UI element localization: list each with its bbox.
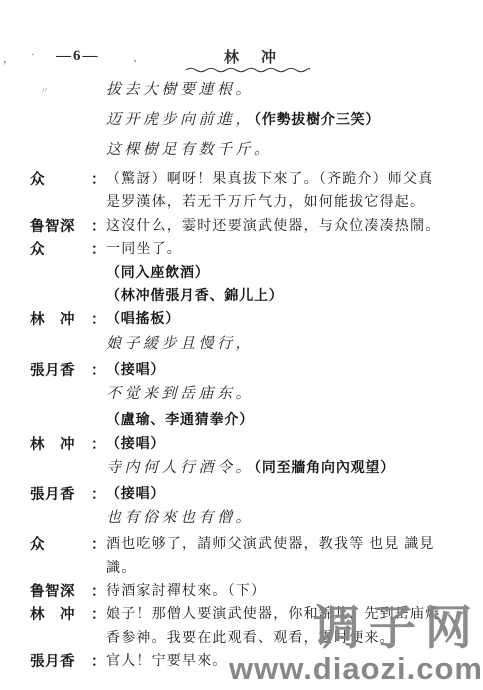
script-line: 是罗漢体，若无千万斤气力，如何能拔它得起。 — [30, 191, 470, 214]
speaker-colon: ： — [91, 308, 106, 329]
line-text: 娘子緩步且慢行， — [106, 332, 470, 353]
line-text: 是罗漢体，若无千万斤气力，如何能拔它得起。 — [106, 191, 470, 211]
line-text: 香参神。我要在此观看、观看，霎时便来。 — [106, 627, 470, 647]
speaker-colon: ： — [91, 580, 106, 601]
sung-lyric-text: 娘子緩步且慢行， — [106, 336, 254, 352]
page-header: —6— 林冲 — [0, 44, 483, 74]
speaker-label: 众： — [30, 168, 106, 189]
line-text: （同入座飲酒） — [106, 262, 470, 282]
dialogue-text: 酒也吃够了，請师父演武使器，教我等 也見 識見 — [106, 537, 435, 552]
speaker-name: 林 冲 — [30, 433, 75, 454]
speaker-label: 林 冲： — [30, 433, 106, 454]
line-text: 娘子！那僧人要演武使器，你和錦儿，先到岳庙燒 — [106, 603, 470, 623]
ink-speck: 、 — [133, 49, 144, 65]
speaker-label: 鲁智深： — [30, 580, 106, 601]
speaker-label: 張月香： — [30, 650, 106, 671]
script-line: 識。 — [30, 557, 470, 580]
line-text: （唱搖板） — [106, 308, 470, 328]
speaker-colon: ： — [91, 168, 106, 189]
speaker-name: 众 — [30, 238, 45, 259]
scanned-script-page: —6— 林冲 ， · 、 〃 拔去大樹要連根。迈开虎步向前進，（作勢拔樹介三笑）… — [0, 0, 483, 690]
script-line: 林 冲：娘子！那僧人要演武使器，你和錦儿，先到岳庙燒 — [30, 603, 470, 626]
line-text: 迈开虎步向前進，（作勢拔樹介三笑） — [106, 108, 470, 129]
dialogue-text: 香参神。我要在此观看、观看，霎时便来。 — [106, 631, 395, 646]
dialogue-text: （驚訝）啊呀！果真拔下來了。（齐跪介）师父真 — [106, 172, 433, 187]
dialogue-text: 官人！宁要早來。 — [106, 654, 228, 669]
line-text: 待酒家討禪杖來。（下） — [106, 580, 470, 600]
dialogue-text: 識。 — [106, 561, 136, 576]
stage-direction-text: （接唱） — [106, 437, 165, 452]
speaker-name: 鲁智深 — [30, 215, 75, 236]
script-line: 林 冲：（唱搖板） — [30, 308, 470, 331]
speaker-colon: ： — [91, 483, 106, 504]
speaker-label: 鲁智深： — [30, 215, 106, 236]
script-line: 鲁智深：这沒什么，霎时还要演武使器，与众位凑凑热鬧。 — [30, 215, 470, 238]
line-text: （接唱） — [106, 433, 470, 453]
script-line: 这棵樹足有数千斤。 — [30, 138, 470, 168]
speaker-name: 众 — [30, 168, 45, 189]
dialogue-text: 一同坐了。 — [106, 242, 182, 257]
line-text: 这棵樹足有数千斤。 — [106, 138, 470, 159]
stage-direction-text: （林冲偕張月香、錦儿上） — [106, 289, 284, 304]
line-text: 官人！宁要早來。 — [106, 650, 470, 670]
script-line: 也有俗來也有僧。 — [30, 506, 470, 533]
line-text: 不觉来到岳庙东。 — [106, 382, 470, 403]
line-text: 拔去大樹要連根。 — [106, 78, 470, 99]
line-text: （接唱） — [106, 483, 470, 503]
script-line: （盧瑜、李通猜拳介） — [30, 409, 470, 432]
ink-speck: ， — [3, 50, 14, 66]
speaker-label: 張月香： — [30, 483, 106, 504]
stage-direction-text: （同入座飲酒） — [106, 266, 210, 281]
sung-lyric-text: 也有俗來也有僧。 — [106, 510, 254, 526]
line-text: （接唱） — [106, 359, 470, 379]
stage-direction-note: （同至牆角向內观望） — [254, 461, 395, 476]
stage-direction-text: （接唱） — [106, 363, 165, 378]
sung-lyric-text: 迈开虎步向前進， — [106, 112, 254, 128]
speaker-name: 鲁智深 — [30, 580, 75, 601]
line-text: 酒也吃够了，請师父演武使器，教我等 也見 識見 — [106, 533, 470, 553]
line-text: 这沒什么，霎时还要演武使器，与众位凑凑热鬧。 — [106, 215, 470, 235]
sung-lyric-text: 这棵樹足有数千斤。 — [106, 142, 273, 158]
sung-lyric-text: 寺内何人行酒令。 — [106, 460, 254, 476]
speaker-name: 張月香 — [30, 650, 75, 671]
line-text: 也有俗來也有僧。 — [106, 506, 470, 527]
line-text: （驚訝）啊呀！果真拔下來了。（齐跪介）师父真 — [106, 168, 470, 188]
speaker-colon: ： — [91, 533, 106, 554]
script-line: 众：酒也吃够了，請师父演武使器，教我等 也見 識見 — [30, 533, 470, 556]
dialogue-text: 是罗漢体，若无千万斤气力，如何能拔它得起。 — [106, 195, 425, 210]
line-text: （盧瑜、李通猜拳介） — [106, 409, 470, 429]
speaker-colon: ： — [91, 650, 106, 671]
speaker-colon: ： — [91, 603, 106, 624]
script-body: 拔去大樹要連根。迈开虎步向前進，（作勢拔樹介三笑）这棵樹足有数千斤。众：（驚訝）… — [30, 78, 470, 674]
stage-direction-text: （接唱） — [106, 487, 165, 502]
script-line: 娘子緩步且慢行， — [30, 332, 470, 359]
speaker-label: 林 冲： — [30, 308, 106, 329]
line-text: 一同坐了。 — [106, 238, 470, 258]
script-line: （林冲偕張月香、錦儿上） — [30, 285, 470, 308]
script-line: 林 冲：（接唱） — [30, 433, 470, 456]
stage-direction-note: （作勢拔樹介三笑） — [254, 113, 380, 128]
speaker-colon: ： — [91, 359, 106, 380]
running-title: 林冲 — [190, 46, 310, 67]
script-line: 鲁智深：待酒家討禪杖來。（下） — [30, 580, 470, 603]
ink-speck: · — [31, 49, 35, 61]
script-line: （同入座飲酒） — [30, 262, 470, 285]
script-line: 迈开虎步向前進，（作勢拔樹介三笑） — [30, 108, 470, 138]
script-line: 張月香：（接唱） — [30, 483, 470, 506]
script-line: 香参神。我要在此观看、观看，霎时便来。 — [30, 627, 470, 650]
speaker-label: 張月香： — [30, 359, 106, 380]
script-line: 众：一同坐了。 — [30, 238, 470, 261]
speaker-name: 林 冲 — [30, 308, 75, 329]
speaker-label: 众： — [30, 238, 106, 259]
dialogue-text: 这沒什么，霎时还要演武使器，与众位凑凑热鬧。 — [106, 219, 440, 234]
script-line: 不觉来到岳庙东。 — [30, 382, 470, 409]
speaker-colon: ： — [91, 433, 106, 454]
line-text: 寺内何人行酒令。（同至牆角向內观望） — [106, 456, 470, 477]
sung-lyric-text: 拔去大樹要連根。 — [106, 82, 254, 98]
speaker-colon: ： — [91, 238, 106, 259]
speaker-name: 众 — [30, 533, 45, 554]
script-line: 張月香：官人！宁要早來。 — [30, 650, 470, 673]
speaker-label: 林 冲： — [30, 603, 106, 624]
dialogue-text: 待酒家討禪杖來。（下） — [106, 584, 266, 599]
stage-direction-text: （唱搖板） — [106, 312, 180, 327]
sung-lyric-text: 不觉来到岳庙东。 — [106, 386, 254, 402]
speaker-name: 張月香 — [30, 483, 75, 504]
script-line: 寺内何人行酒令。（同至牆角向內观望） — [30, 456, 470, 483]
title-wavy-underline — [186, 66, 310, 73]
line-text: （林冲偕張月香、錦儿上） — [106, 285, 470, 305]
script-line: 拔去大樹要連根。 — [30, 78, 470, 108]
speaker-label: 众： — [30, 533, 106, 554]
script-line: 張月香：（接唱） — [30, 359, 470, 382]
speaker-name: 張月香 — [30, 359, 75, 380]
speaker-name: 林 冲 — [30, 603, 75, 624]
script-line: 众：（驚訝）啊呀！果真拔下來了。（齐跪介）师父真 — [30, 168, 470, 191]
line-text: 識。 — [106, 557, 470, 577]
speaker-colon: ： — [91, 215, 106, 236]
page-number: —6— — [56, 48, 100, 65]
stage-direction-text: （盧瑜、李通猜拳介） — [106, 413, 254, 428]
dialogue-text: 娘子！那僧人要演武使器，你和錦儿，先到岳庙燒 — [106, 607, 440, 622]
